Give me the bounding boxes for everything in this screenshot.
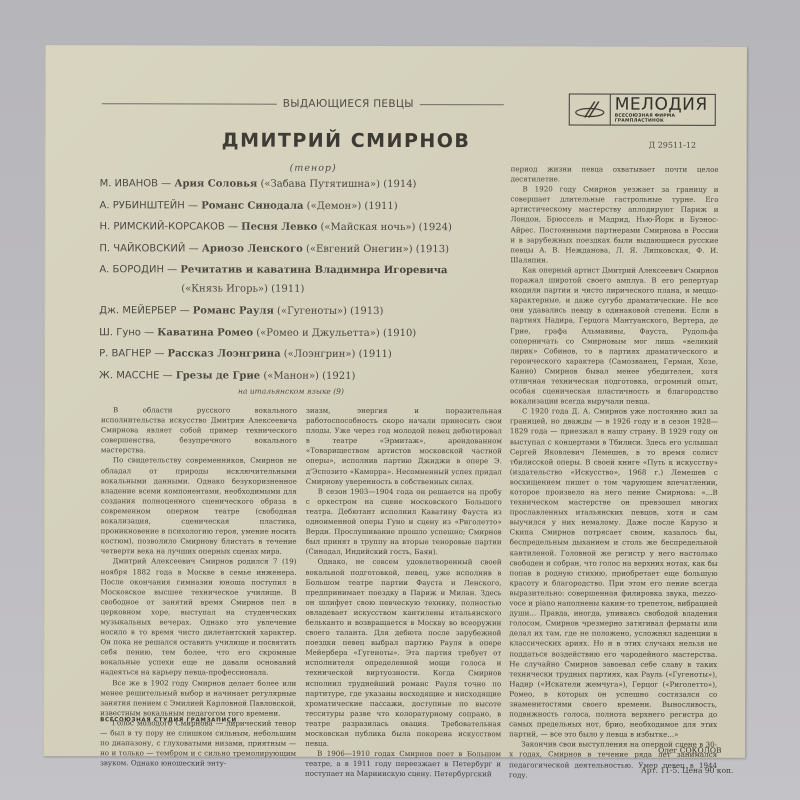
essay-paragraph: Голос молодого Смирнова — лирический тен… [100,718,296,769]
essay-paragraph: С 1920 года Д. А. Смирнов уже постоянно … [509,407,718,741]
catalog-number: Д 29511-12 [649,141,696,150]
track-item: Ш. Гуно — Каватина Ромео («Ромео и Джуль… [99,327,499,340]
essay-paragraph: зиазм, энергия и поразительная работоспо… [306,406,502,487]
essay-column-1: В области русского вокального исполнител… [100,405,297,769]
track-item: Дж. МЕЙЕРБЕР — Романс Рауля («Гугеноты»)… [99,305,499,318]
record-sleeve-back: ВЫДАЮЩИЕСЯ ПЕВЦЫ МЕЛОДИЯ ВСЕСОЮЗНАЯ ФИРМ… [43,45,747,758]
essay-column-3: период жизни певца охватывает почти цело… [509,164,719,780]
essay-paragraph: В сезон 1903—1904 года он решается на пр… [306,487,502,558]
essay-paragraph: Все же в 1902 году Смирнов делает более … [100,678,296,719]
label-name: МЕЛОДИЯ [615,96,715,113]
label-logo: МЕЛОДИЯ ВСЕСОЮЗНАЯ ФИРМА ГРАМПЛАСТИНОК [569,93,716,125]
essay-author: Олег СОКОЛОВ [658,746,721,755]
price-line: Арт. 11-5. Цена 90 коп. [641,766,733,775]
track-item: А. БОРОДИН — Речитатив и каватина Владим… [99,265,499,297]
track-item: П. ЧАЙКОВСКИЙ — Ариозо Ленского («Евгени… [99,243,499,256]
essay-paragraph: Как оперный артист Дмитрий Алексеевич См… [510,265,718,407]
series-header: ВЫДАЮЩИЕСЯ ПЕВЦЫ [102,97,504,110]
essay-paragraph: В 1920 году Смирнов уезжает за границу и… [510,184,718,265]
track-item: Н. РИМСКИЙ-КОРСАКОВ — Песня Левко («Майс… [99,221,499,234]
track-item: Ж. МАССНЕ — Грезы де Грие («Манон») (192… [99,370,499,383]
series-label: ВЫДАЮЩИЕСЯ ПЕВЦЫ [277,98,420,110]
track-item: А. РУБИНШТЕЙН — Романс Синодала («Демон»… [99,200,499,213]
track-item: Р. ВАГНЕР — Рассказ Лоэнгрина («Лоэнгрин… [99,348,499,361]
essay-paragraph: Однако, не совсем удовлетворенный своей … [305,557,502,749]
melodiya-logo-icon [570,94,611,124]
essay-column-2: зиазм, энергия и поразительная работоспо… [305,406,502,780]
language-note: на итальянском языке (9) [238,387,344,396]
essay-paragraph: Дмитрий Алексеевич Смирнов родился 7 (19… [100,557,296,679]
essay-paragraph: По свидетельству современников, Смирнов … [101,456,297,557]
essay-paragraph: В 1906—1910 годах Смирнов поет в Большом… [305,749,501,780]
track-list: М. ИВАНОВ — Ария Соловья («Забава Путяти… [99,178,500,392]
voice-type: (тенор) [290,163,337,174]
track-item: М. ИВАНОВ — Ария Соловья («Забава Путяти… [100,178,500,191]
label-subtitle: ВСЕСОЮЗНАЯ ФИРМА ГРАМПЛАСТИНОК [615,113,715,123]
essay-paragraph: период жизни певца охватывает почти цело… [511,164,719,185]
essay-paragraph: В области русского вокального исполнител… [101,405,297,456]
artist-name: ДМИТРИЙ СМИРНОВ [222,130,471,153]
rule-right [420,104,504,105]
rule-left [102,103,277,104]
studio-credit: ВСЕСОЮЗНАЯ СТУДИЯ ГРАМЗАПИСИ [100,717,237,723]
